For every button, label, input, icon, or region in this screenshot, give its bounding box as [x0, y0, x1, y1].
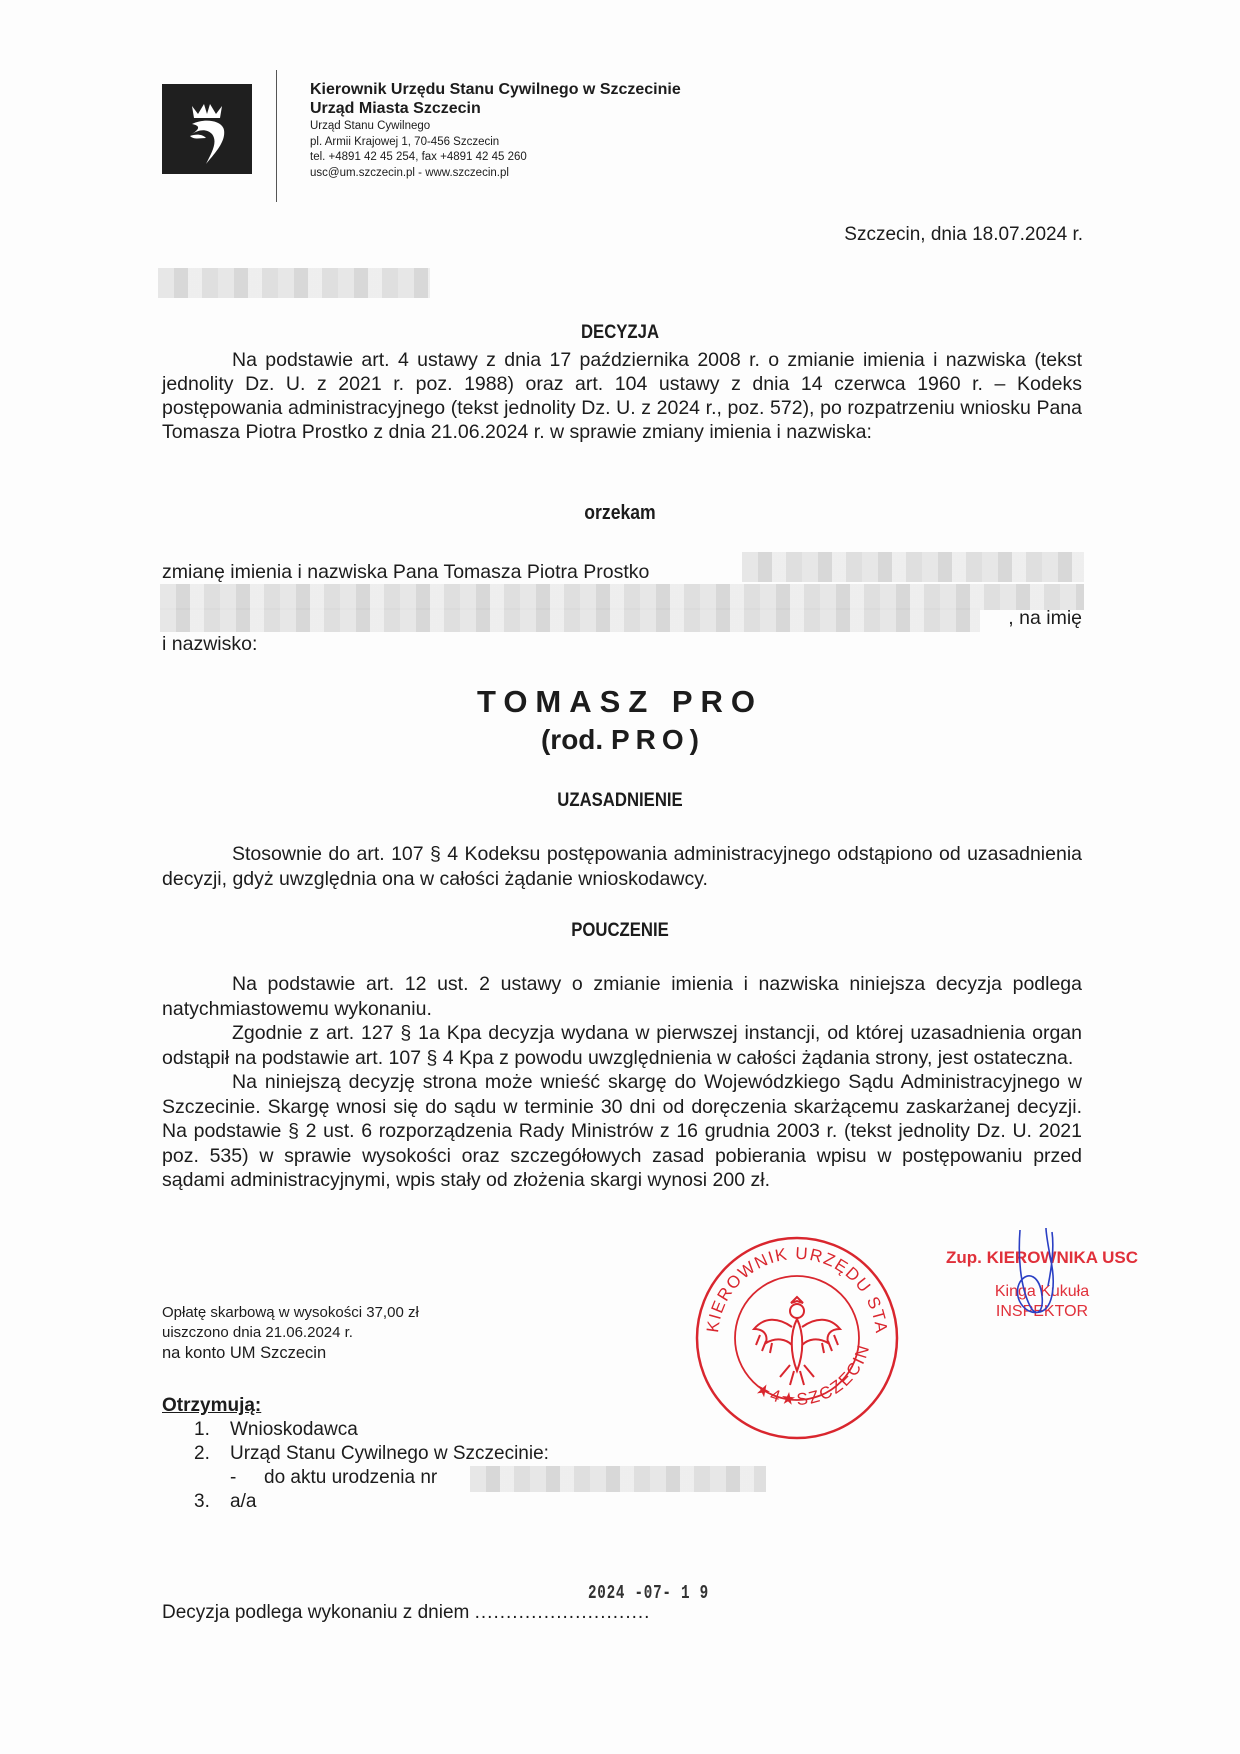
recipient-item: 1.Wnioskodawca	[162, 1418, 549, 1442]
document-date: Szczecin, dnia 18.07.2024 r.	[844, 224, 1083, 246]
org-address: pl. Armii Krajowej 1, 70-456 Szczecin	[310, 135, 681, 151]
svg-text:KIEROWNIK URZĘDU STANU CYWILNE: KIEROWNIK URZĘDU STANU CYWILNEGO	[694, 1235, 891, 1335]
recipient-label: Wnioskodawca	[230, 1419, 358, 1440]
instruction-heading: POUCZENIE	[74, 920, 1165, 942]
document-page: Kierownik Urzędu Stanu Cywilnego w Szcze…	[0, 0, 1240, 1754]
recipient-item: 2.Urząd Stanu Cywilnego w Szczecinie:	[162, 1442, 549, 1466]
org-title: Kierownik Urzędu Stanu Cywilnego w Szcze…	[310, 80, 681, 99]
decision-heading: DECYZJA	[74, 322, 1165, 344]
redacted-birth-record-number	[470, 1466, 766, 1492]
justification-text: Stosownie do art. 107 § 4 Kodeksu postęp…	[162, 842, 1082, 892]
org-subtitle: Urząd Miasta Szczecin	[310, 99, 681, 119]
execution-date-stamp: 2024 -07- 1 9	[588, 1582, 709, 1604]
recipient-label: a/a	[230, 1491, 256, 1512]
redacted-case-number	[158, 268, 430, 298]
org-dept: Urząd Stanu Cywilnego	[310, 119, 681, 135]
instruction-paragraph: Na podstawie art. 12 ust. 2 ustawy o zmi…	[162, 973, 1082, 1020]
justification-heading: UZASADNIENIE	[74, 790, 1165, 812]
recipients-list: Otrzymują: 1.Wnioskodawca 2.Urząd Stanu …	[162, 1394, 549, 1514]
header-divider	[276, 70, 277, 202]
letterhead: Kierownik Urzędu Stanu Cywilnego w Szcze…	[310, 80, 681, 181]
org-phone: tel. +4891 42 45 254, fax +4891 42 45 26…	[310, 150, 681, 166]
execution-label: Decyzja podlega wykonaniu z dniem	[162, 1602, 469, 1623]
new-name: TOMASZ PRO	[0, 684, 1240, 720]
recipients-title: Otrzymują:	[162, 1394, 549, 1418]
execution-dots: ............................	[475, 1602, 651, 1623]
sub-item-dash: -	[230, 1466, 264, 1490]
ruling-text-last: i nazwisko:	[162, 632, 1082, 656]
redacted-previous-data-1	[742, 552, 1084, 582]
szczecin-logo-icon	[162, 84, 252, 174]
justification-body: Stosownie do art. 107 § 4 Kodeksu postęp…	[162, 843, 1082, 890]
ruling-text-end-label: , na imię	[1008, 607, 1082, 629]
sub-item-label: do aktu urodzenia nr	[264, 1467, 437, 1488]
birth-name-prefix: (rod.	[541, 724, 611, 755]
recipient-item: 3.a/a	[162, 1490, 549, 1514]
org-contact: usc@um.szczecin.pl - www.szczecin.pl	[310, 166, 681, 182]
birth-name-suffix: )	[690, 724, 699, 755]
handwritten-signature-icon	[990, 1226, 1080, 1336]
fee-line: na konto UM Szczecin	[162, 1343, 419, 1363]
birth-name: (rod. PRO)	[0, 724, 1240, 756]
recipient-label: Urząd Stanu Cywilnego w Szczecinie:	[230, 1443, 549, 1464]
decision-intro-text: Na podstawie art. 4 ustawy z dnia 17 paź…	[162, 349, 1082, 443]
recipient-number: 1.	[194, 1418, 230, 1442]
fee-line: uiszczono dnia 21.06.2024 r.	[162, 1323, 419, 1343]
ruling-word: orzekam	[74, 502, 1165, 525]
fee-line: Opłatę skarbową w wysokości 37,00 zł	[162, 1303, 419, 1323]
instruction-text: Na podstawie art. 12 ust. 2 ustawy o zmi…	[162, 972, 1082, 1193]
birth-name-value: PRO	[611, 724, 690, 755]
recipient-number: 2.	[194, 1442, 230, 1466]
execution-line: Decyzja podlega wykonaniu z dniem ......…	[162, 1602, 650, 1624]
recipient-number: 3.	[194, 1490, 230, 1514]
ruling-text-end: , na imię	[162, 606, 1082, 630]
ruling-text-start: zmianę imienia i nazwiska Pana Tomasza P…	[162, 561, 649, 583]
instruction-paragraph: Na niniejszą decyzję strona może wnieść …	[162, 1071, 1082, 1191]
stamp-duty-note: Opłatę skarbową w wysokości 37,00 zł uis…	[162, 1303, 419, 1363]
official-seal-icon: KIEROWNIK URZĘDU STANU CYWILNEGO ★4★SZCZ…	[694, 1235, 900, 1441]
instruction-paragraph: Zgodnie z art. 127 § 1a Kpa decyzja wyda…	[162, 1022, 1082, 1069]
decision-intro: Na podstawie art. 4 ustawy z dnia 17 paź…	[162, 348, 1082, 444]
